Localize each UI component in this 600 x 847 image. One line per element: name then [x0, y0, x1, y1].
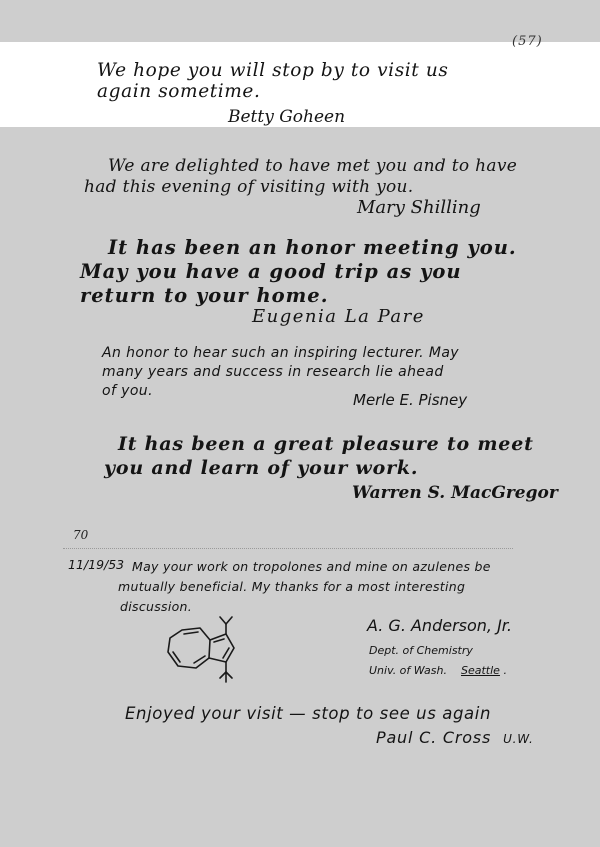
entry-3-message: It has been an honor meeting you. May yo…	[80, 236, 517, 308]
message-line: We are delighted to have met you and to …	[84, 156, 517, 177]
entry-7-signature: Paul C. Cross	[376, 728, 491, 747]
entry-6-date: 11/19/53	[68, 557, 124, 572]
affiliation-line: Dept. of Chemistry	[367, 641, 512, 661]
entry-5-message: It has been a great pleasure to meet you…	[104, 432, 534, 480]
message-line: It has been an honor meeting you.	[80, 236, 517, 260]
message-line: May your work on tropolones and mine on …	[132, 557, 491, 577]
page-number: (57)	[512, 34, 543, 49]
entry-6-message: May your work on tropolones and mine on …	[132, 557, 491, 617]
city: Seattle	[461, 664, 500, 677]
entry-5-signature: Warren S. MacGregor	[352, 483, 558, 503]
entry-2-message: We are delighted to have met you and to …	[84, 156, 517, 198]
catalog-number: 70	[73, 528, 88, 542]
entry-6-signature-block: A. G. Anderson, Jr. Dept. of Chemistry U…	[367, 616, 512, 681]
section-divider	[63, 548, 513, 549]
message-line: mutually beneficial. My thanks for a mos…	[118, 577, 491, 597]
message-line: you and learn of your work.	[104, 456, 534, 480]
entry-7-signature-block: Paul C. CrossU.W.	[376, 728, 534, 747]
message-line: again sometime.	[97, 81, 448, 102]
affiliation-line-university: Univ. of Wash.Seattle .	[367, 661, 512, 681]
entry-6-signature: A. G. Anderson, Jr.	[367, 616, 512, 635]
university: Univ. of Wash.	[369, 664, 447, 677]
message-line: had this evening of visiting with you.	[84, 177, 517, 198]
entry-4-signature: Merle E. Pisney	[353, 391, 467, 409]
entry-1-signature: Betty Goheen	[228, 107, 345, 127]
message-line: An honor to hear such an inspiring lectu…	[102, 344, 459, 363]
entry-3-signature: Eugenia La Pare	[252, 306, 425, 327]
message-line: We hope you will stop by to visit us	[97, 60, 448, 81]
message-line: return to your home.	[80, 284, 517, 308]
message-line: May you have a good trip as you	[80, 260, 517, 284]
message-line: It has been a great pleasure to meet	[104, 432, 534, 456]
entry-7-message: Enjoyed your visit — stop to see us agai…	[125, 704, 491, 723]
entry-7-affiliation: U.W.	[503, 732, 534, 746]
message-line: many years and success in research lie a…	[102, 363, 459, 382]
entry-1-message: We hope you will stop by to visit us aga…	[97, 60, 448, 102]
azulene-structure-icon	[160, 612, 250, 687]
entry-2-signature: Mary Shilling	[357, 197, 481, 218]
